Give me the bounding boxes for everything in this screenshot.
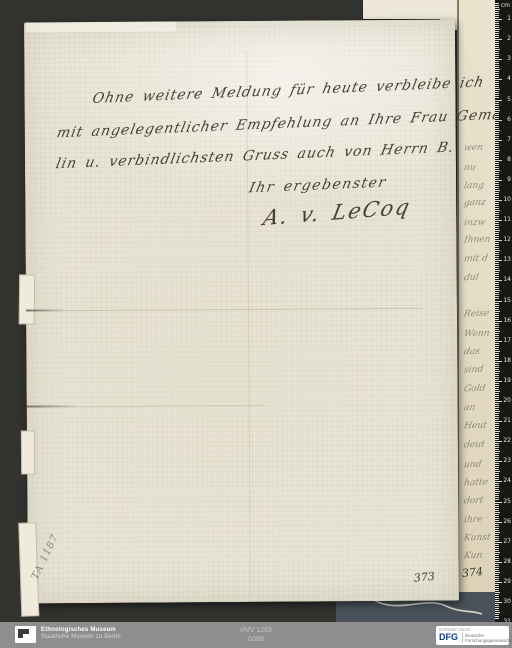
ruler-tick xyxy=(495,284,499,285)
ruler-tick xyxy=(495,77,499,78)
ruler-tick xyxy=(495,427,499,428)
ruler-tick xyxy=(495,232,499,233)
ruler-tick xyxy=(495,170,500,171)
ruler-tick xyxy=(495,79,502,80)
ruler-tick xyxy=(495,222,499,223)
ruler-tick xyxy=(495,254,499,255)
ruler-tick xyxy=(495,49,500,50)
ruler-tick xyxy=(495,373,499,374)
ruler-tick xyxy=(495,528,499,529)
ruler-tick xyxy=(495,325,499,326)
ruler-tick xyxy=(495,439,499,440)
ruler-tick xyxy=(495,100,502,101)
ruler-tick xyxy=(495,502,502,503)
ruler-tick xyxy=(495,89,500,90)
ruler-tick xyxy=(495,471,500,472)
ruler-tick xyxy=(495,43,499,44)
museum-caption: Ethnologisches Museum Staatliche Museen … xyxy=(41,627,121,641)
ruler-tick xyxy=(495,381,502,382)
ruler-tick xyxy=(495,208,499,209)
ruler-tick xyxy=(495,21,499,22)
ruler-tick xyxy=(495,556,499,557)
ruler-tick xyxy=(495,61,499,62)
ruler-number: 16 xyxy=(503,318,511,324)
ruler-tick xyxy=(495,150,500,151)
ruler-tick xyxy=(495,73,499,74)
ruler-tick xyxy=(495,554,499,555)
ruler-tick xyxy=(495,397,499,398)
ruler-tick xyxy=(495,401,502,402)
ruler-tick xyxy=(495,11,499,12)
ruler-tick xyxy=(495,156,499,157)
ruler-tick xyxy=(495,226,499,227)
bleedthrough-word: dort xyxy=(463,496,484,507)
ruler-tick xyxy=(495,516,499,517)
ruler-tick xyxy=(495,487,499,488)
handwriting-line: lin u. verbindlichsten Gruss auch von He… xyxy=(54,139,455,172)
ruler-tick xyxy=(495,132,499,133)
ruler-tick xyxy=(495,51,499,52)
ruler-tick xyxy=(495,248,499,249)
ruler-number: 18 xyxy=(503,358,511,364)
ruler-tick xyxy=(495,67,499,68)
ruler-tick xyxy=(495,429,499,430)
ruler-tick xyxy=(495,540,499,541)
ruler-tick xyxy=(495,236,499,237)
ruler-tick xyxy=(495,162,499,163)
ruler-tick xyxy=(495,319,499,320)
ruler-tick xyxy=(495,286,499,287)
ruler-tick xyxy=(495,238,499,239)
ruler-tick xyxy=(495,198,499,199)
ruler-tick xyxy=(495,590,499,591)
bleedthrough-word: das xyxy=(463,347,481,358)
paper-tear xyxy=(27,405,79,407)
ruler-tick xyxy=(495,228,499,229)
ruler-tick xyxy=(495,3,499,4)
ruler-tick xyxy=(495,495,499,496)
ruler-tick xyxy=(495,520,499,521)
ruler-tick xyxy=(495,395,499,396)
ruler-tick xyxy=(495,353,499,354)
bleedthrough-word: mit d xyxy=(463,254,489,265)
ruler-tick xyxy=(495,106,499,107)
ruler-tick xyxy=(495,294,499,295)
ruler-tick xyxy=(495,91,499,92)
ruler-tick xyxy=(495,610,499,611)
ruler-tick xyxy=(495,506,499,507)
ruler-number: 17 xyxy=(503,338,511,344)
ruler-tick xyxy=(495,419,499,420)
ruler-tick xyxy=(495,584,499,585)
ruler-tick xyxy=(495,65,499,66)
ruler-tick xyxy=(495,126,499,127)
ruler-tick xyxy=(495,196,499,197)
ruler-tick xyxy=(495,95,499,96)
ruler-number: 2 xyxy=(507,36,511,42)
ruler-number: 6 xyxy=(507,117,511,123)
ruler-tick xyxy=(495,31,499,32)
ruler-tick xyxy=(495,327,499,328)
ruler-tick xyxy=(495,477,499,478)
bleedthrough-word: dul xyxy=(463,273,479,283)
ruler-tick xyxy=(495,220,502,221)
ruler-tick xyxy=(495,451,500,452)
ruler-tick xyxy=(495,596,499,597)
bleedthrough-word: deut xyxy=(463,440,485,451)
ruler-tick xyxy=(495,335,499,336)
ruler-tick xyxy=(495,252,499,253)
ruler-tick xyxy=(495,385,499,386)
bleedthrough-word: nu xyxy=(463,163,476,173)
ruler-number: 12 xyxy=(503,237,511,243)
ruler-tick xyxy=(495,526,499,527)
ruler-tick xyxy=(495,329,499,330)
ruler-tick xyxy=(495,351,500,352)
bleedthrough-word: Ihnen xyxy=(463,235,491,246)
ruler-tick xyxy=(495,71,499,72)
paper-fold xyxy=(26,21,176,32)
ruler-tick xyxy=(495,441,502,442)
ruler-tick xyxy=(495,453,499,454)
letter-page: Ohne weitere Meldung für heute verbleibe… xyxy=(24,20,459,604)
ruler-tick xyxy=(495,19,502,20)
ruler-number: 4 xyxy=(507,76,511,82)
ruler-tick xyxy=(495,230,500,231)
ruler-tick xyxy=(495,93,499,94)
ruler-tick xyxy=(495,276,499,277)
ruler-tick xyxy=(495,387,499,388)
ruler-tick xyxy=(495,475,499,476)
ruler-tick xyxy=(495,491,500,492)
ruler-tick xyxy=(495,562,502,563)
ruler-tick xyxy=(495,188,499,189)
ruler-tick xyxy=(495,574,499,575)
ruler-tick xyxy=(495,489,499,490)
ruler-tick xyxy=(495,246,499,247)
ruler-tick xyxy=(495,594,499,595)
ruler-tick xyxy=(495,423,499,424)
ruler-number: 24 xyxy=(503,478,511,484)
ruler-number: 7 xyxy=(507,137,511,143)
ruler-number: 13 xyxy=(503,257,511,263)
ruler-tick xyxy=(495,363,499,364)
ruler-tick xyxy=(495,532,500,533)
ruler-tick xyxy=(495,421,502,422)
ruler-tick xyxy=(495,311,500,312)
ruler-tick xyxy=(495,278,499,279)
ruler-tick xyxy=(495,75,499,76)
ruler-tick xyxy=(495,85,499,86)
ruler-tick xyxy=(495,457,499,458)
ruler-tick xyxy=(495,405,499,406)
ruler-tick xyxy=(495,337,499,338)
ruler-tick xyxy=(495,550,499,551)
dfg-name-line2: Forschungsgemeinschaft xyxy=(465,638,512,643)
ruler-tick xyxy=(495,240,502,241)
ruler-tick xyxy=(495,534,499,535)
ruler-tick xyxy=(495,166,499,167)
ruler-tick xyxy=(495,33,499,34)
bleedthrough-word: sind xyxy=(463,365,484,376)
ruler-tick xyxy=(495,218,499,219)
ruler-tick xyxy=(495,214,499,215)
ruler-tick xyxy=(495,97,499,98)
bleedthrough-word: inzw xyxy=(463,218,486,229)
ruler-number: 19 xyxy=(503,378,511,384)
ruler-tick xyxy=(495,546,499,547)
ruler-tick xyxy=(495,361,502,362)
ruler-tick xyxy=(495,136,499,137)
ruler-tick xyxy=(495,568,499,569)
ruler-tick xyxy=(495,87,499,88)
smb-logo-glyph xyxy=(18,629,29,638)
footer-bar: Ethnologisches Museum Staatliche Museen … xyxy=(0,622,512,648)
ruler-tick xyxy=(495,309,499,310)
ruler-tick xyxy=(495,578,499,579)
ruler-tick xyxy=(495,83,499,84)
ruler-tick xyxy=(495,379,499,380)
ruler-tick xyxy=(495,602,502,603)
ruler-tick xyxy=(495,224,499,225)
ruler-tick xyxy=(495,481,502,482)
ruler-tick xyxy=(495,260,502,261)
ruler-tick xyxy=(495,192,499,193)
ruler-tick xyxy=(495,128,499,129)
ruler-tick xyxy=(495,186,499,187)
ruler-tick xyxy=(495,548,499,549)
ruler-tick xyxy=(495,345,499,346)
ruler-tick xyxy=(495,512,500,513)
ruler-tick xyxy=(495,256,499,257)
ruler-tick xyxy=(495,371,500,372)
ruler-tick xyxy=(495,282,499,283)
ruler-tick xyxy=(495,510,499,511)
ruler-tick xyxy=(495,369,499,370)
ruler-tick xyxy=(495,558,499,559)
ruler-tick xyxy=(495,493,499,494)
ruler-number: 23 xyxy=(503,458,511,464)
ruler-tick xyxy=(495,176,499,177)
handwriting-line: Ohne weitere Meldung für heute verbleibe… xyxy=(91,74,486,107)
ruler-tick xyxy=(495,154,499,155)
ruler-tick xyxy=(495,417,499,418)
bleedthrough-word: Heut xyxy=(463,421,488,432)
ruler-number: 11 xyxy=(503,217,511,223)
ruler-tick xyxy=(495,27,499,28)
ruler-tick xyxy=(495,23,499,24)
ruler-tick xyxy=(495,7,499,8)
ruler-tick xyxy=(495,160,502,161)
ruler-number: 3 xyxy=(507,56,511,62)
ruler-tick xyxy=(495,459,499,460)
ruler-tick xyxy=(495,47,499,48)
ruler-tick xyxy=(495,365,499,366)
dfg-full-name: Deutsche Forschungsgemeinschaft xyxy=(465,633,512,643)
ruler-tick xyxy=(495,180,502,181)
ruler-number: 15 xyxy=(503,298,511,304)
ruler-tick xyxy=(495,393,499,394)
ruler-tick xyxy=(495,608,499,609)
ruler-tick xyxy=(495,483,499,484)
ruler-number: 28 xyxy=(503,559,511,565)
ruler-tick xyxy=(495,204,499,205)
ruler-tick xyxy=(495,206,499,207)
ruler-tick xyxy=(495,600,499,601)
ruler-tick xyxy=(495,9,500,10)
ruler-number: 1 xyxy=(507,16,511,22)
dfg-logo: Gefördert durch DFG Deutsche Forschungsg… xyxy=(436,626,509,645)
ruler-tick xyxy=(495,118,499,119)
ruler-tick xyxy=(495,616,499,617)
ruler-tick xyxy=(495,383,499,384)
ruler-tick xyxy=(495,288,499,289)
ruler-tick xyxy=(495,407,499,408)
bleedthrough-word: Kunst xyxy=(463,533,491,544)
ruler-tick xyxy=(495,359,499,360)
ruler-tick xyxy=(495,413,499,414)
ruler-number: 30 xyxy=(503,599,511,605)
ruler-tick xyxy=(495,124,499,125)
bleedthrough-word: Kun xyxy=(463,551,483,562)
scan-number: 0388 xyxy=(240,635,272,644)
ruler-tick xyxy=(495,542,502,543)
ruler-tick xyxy=(495,576,499,577)
ruler-tick xyxy=(495,391,500,392)
paper-tear xyxy=(26,309,66,311)
repair-patch xyxy=(19,274,36,324)
ruler-tick xyxy=(495,307,499,308)
ruler-tick xyxy=(495,5,499,6)
ruler-tick xyxy=(495,29,500,30)
ruler-tick xyxy=(495,431,500,432)
ruler-tick xyxy=(495,130,500,131)
ruler-tick xyxy=(495,530,499,531)
repair-patch xyxy=(21,430,35,474)
ruler-tick xyxy=(495,618,499,619)
ruler-tick xyxy=(495,349,499,350)
ruler-unit-label: cm xyxy=(501,2,510,9)
ruler-tick xyxy=(495,280,502,281)
ruler-tick xyxy=(495,182,499,183)
ruler-tick xyxy=(495,499,499,500)
handwriting-closing: Ihr ergebenster xyxy=(248,175,389,197)
ruler-tick xyxy=(495,463,499,464)
ruler-tick xyxy=(495,110,500,111)
ruler-tick xyxy=(495,158,499,159)
ruler-tick xyxy=(495,538,499,539)
bleedthrough-word: lang xyxy=(463,181,485,192)
ruler-number: 5 xyxy=(507,97,511,103)
ruler-tick xyxy=(495,274,499,275)
ruler-number: 29 xyxy=(503,579,511,585)
ruler-tick xyxy=(495,39,502,40)
ruler-tick xyxy=(495,485,499,486)
archival-scan-viewer: 374 wennulangganzinzwIhnenmit ddulReiseW… xyxy=(0,0,512,648)
ruler-tick xyxy=(495,108,499,109)
ruler-tick xyxy=(495,580,499,581)
ruler-tick xyxy=(495,560,499,561)
ruler-tick xyxy=(495,606,499,607)
ruler-tick xyxy=(495,399,499,400)
ruler-tick xyxy=(495,467,499,468)
ruler-tick xyxy=(495,212,499,213)
ruler-tick xyxy=(495,305,499,306)
bleedthrough-word: ihre xyxy=(463,515,483,526)
ruler-tick xyxy=(495,333,499,334)
museum-subtitle: Staatliche Museen zu Berlin xyxy=(41,634,121,641)
bleedthrough-word: und xyxy=(463,460,482,471)
ruler-tick xyxy=(495,53,499,54)
ruler-tick xyxy=(495,570,499,571)
ruler-tick xyxy=(495,377,499,378)
ruler-tick xyxy=(495,244,499,245)
ruler-tick xyxy=(495,614,499,615)
ruler-tick xyxy=(495,435,499,436)
ruler-number: 22 xyxy=(503,438,511,444)
ruler-tick xyxy=(495,586,499,587)
ruler-tick xyxy=(495,168,499,169)
ruler-tick xyxy=(495,313,499,314)
ruler-tick xyxy=(495,465,499,466)
bleedthrough-word: Wenn xyxy=(463,329,490,340)
ruler-number: 14 xyxy=(503,277,511,283)
ruler-tick xyxy=(495,13,499,14)
ruler-tick xyxy=(495,317,499,318)
ruler-number: 26 xyxy=(503,519,511,525)
ruler-tick xyxy=(495,112,499,113)
ruler-tick xyxy=(495,437,499,438)
ruler-tick xyxy=(495,184,499,185)
ruler-tick xyxy=(495,148,499,149)
ruler-number: 8 xyxy=(507,157,511,163)
ruler-tick xyxy=(495,144,499,145)
ruler-tick xyxy=(495,272,499,273)
dfg-divider xyxy=(462,633,463,643)
ruler-tick xyxy=(495,514,499,515)
handwriting-signature: A. v. LeCoq xyxy=(261,194,413,230)
ruler-tick xyxy=(495,81,499,82)
ruler-tick xyxy=(495,268,499,269)
ruler-tick xyxy=(495,146,499,147)
ruler-tick xyxy=(495,604,499,605)
ruler-tick xyxy=(495,234,499,235)
ruler-tick xyxy=(495,411,500,412)
ruler-tick xyxy=(495,45,499,46)
ruler-tick xyxy=(495,367,499,368)
ruler-tick xyxy=(495,403,499,404)
ruler-tick xyxy=(495,69,500,70)
ruler-tick xyxy=(495,290,500,291)
ruler-tick xyxy=(495,508,499,509)
ruler-tick xyxy=(495,524,499,525)
ruler-number: 25 xyxy=(503,499,511,505)
ruler-tick xyxy=(495,315,499,316)
ruler-tick xyxy=(495,164,499,165)
ruler-tick xyxy=(495,242,499,243)
ruler-tick xyxy=(495,443,499,444)
ruler-tick xyxy=(495,343,499,344)
ruler-tick xyxy=(495,355,499,356)
ruler-tick xyxy=(495,178,499,179)
ruler-tick xyxy=(495,323,499,324)
ruler-tick xyxy=(495,172,499,173)
ruler-tick xyxy=(495,552,500,553)
ruler-tick xyxy=(495,566,499,567)
ruler-number: 20 xyxy=(503,398,511,404)
ruler-tick xyxy=(495,425,499,426)
ruler-tick xyxy=(495,536,499,537)
